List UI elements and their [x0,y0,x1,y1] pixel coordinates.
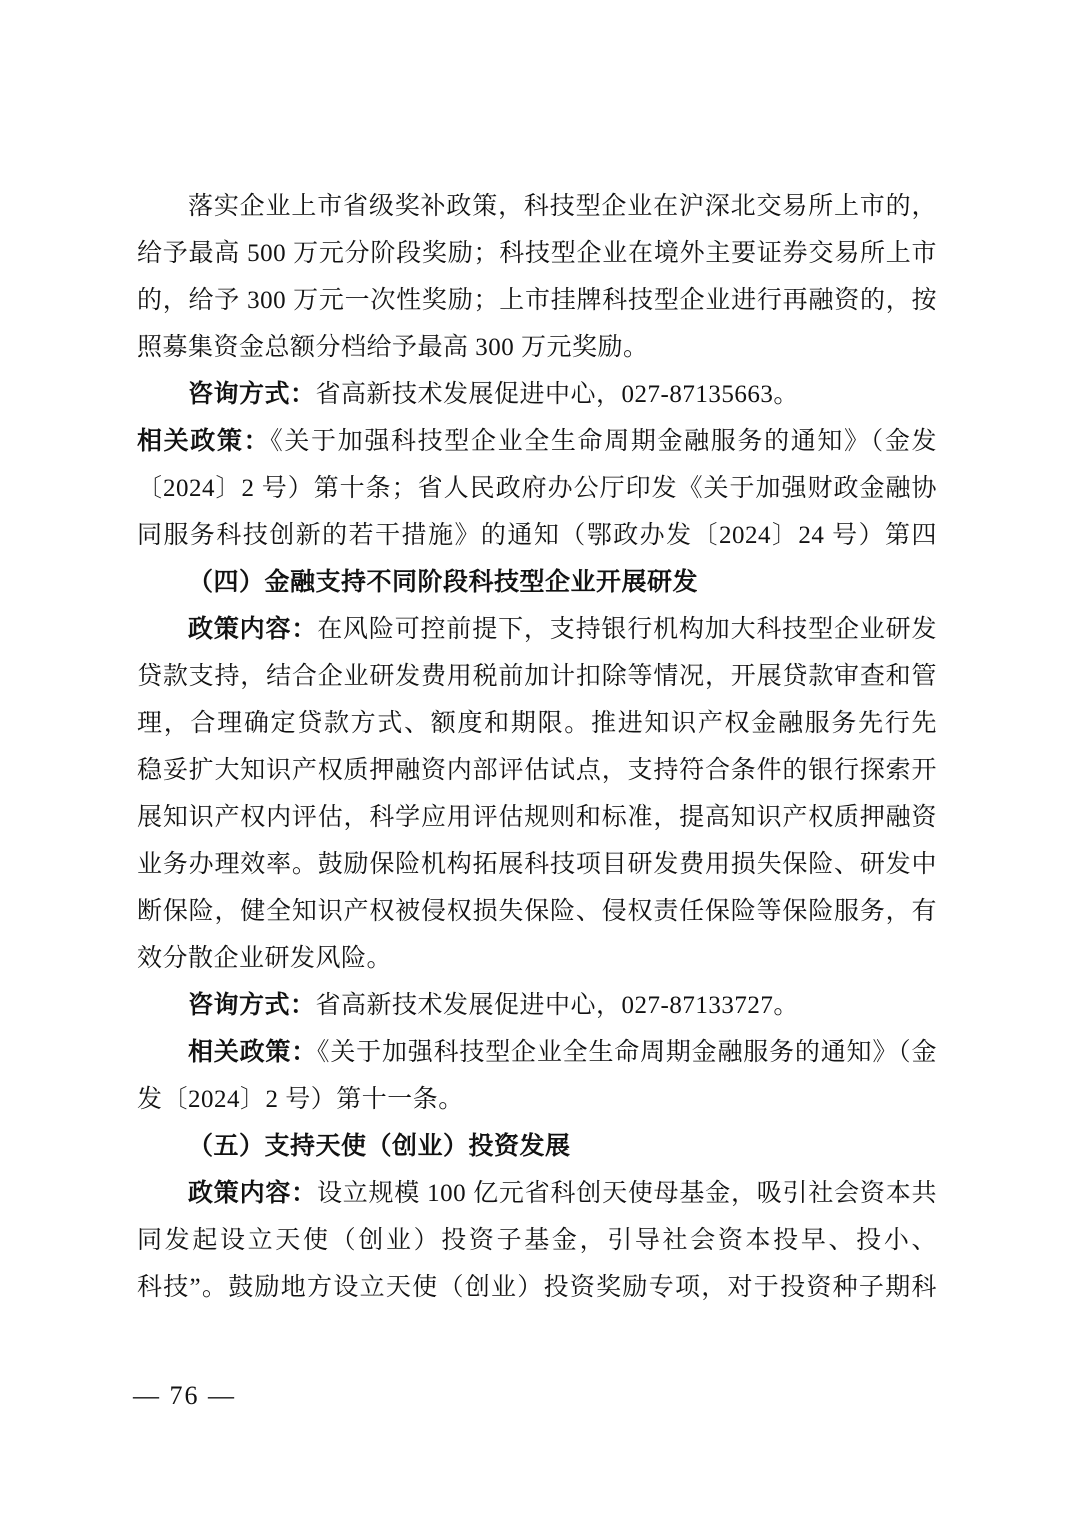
document-body: 落实企业上市省级奖补政策，科技型企业在沪深北交易所上市的，给予最高 500 万元… [137,183,937,1311]
text-line: 稳妥扩大知识产权质押融资内部评估试点，支持符合条件的银行探索开 [137,747,937,794]
text-line: 政策内容：设立规模 100 亿元省科创天使母基金，吸引社会资本共 [137,1170,937,1217]
text-line: 同服务科技创新的若干措施》的通知（鄂政办发〔2024〕24 号）第四条。 [137,512,937,559]
text-line: 断保险，健全知识产权被侵权损失保险、侵权责任保险等保险服务，有 [137,888,937,935]
text-run: 设立规模 100 亿元省科创天使母基金，吸引社会资本共 [317,1180,937,1207]
bold-label-run: （四）金融支持不同阶段科技型企业开展研发 [188,569,698,596]
text-line: 照募集资金总额分档给予最高 300 万元奖励。 [137,324,937,371]
text-run: 展知识产权内评估，科学应用评估规则和标准，提高知识产权质押融资 [137,804,937,831]
text-run: 贷款支持，结合企业研发费用税前加计扣除等情况，开展贷款审查和管 [137,663,937,690]
bold-label-run: （五）支持天使（创业）投资发展 [188,1133,571,1160]
text-run: 断保险，健全知识产权被侵权损失保险、侵权责任保险等保险服务，有 [137,898,937,925]
text-line: 科技”。鼓励地方设立天使（创业）投资奖励专项，对于投资种子期科 [137,1264,937,1311]
text-run: 省高新技术发展促进中心，027-87135663。 [316,381,799,408]
text-run: 科技”。鼓励地方设立天使（创业）投资奖励专项，对于投资种子期科 [137,1274,937,1301]
text-line: 展知识产权内评估，科学应用评估规则和标准，提高知识产权质押融资 [137,794,937,841]
section-heading: （四）金融支持不同阶段科技型企业开展研发 [137,559,937,606]
text-run: 在风险可控前提下，支持银行机构加大科技型企业研发 [317,616,937,643]
text-line: 理，合理确定贷款方式、额度和期限。推进知识产权金融服务先行先试， [137,700,937,747]
text-line: 咨询方式：省高新技术发展促进中心，027-87135663。 [137,371,937,418]
bold-label-run: 相关政策： [137,428,270,455]
page-number: — 76 — [133,1381,236,1410]
section-heading: （五）支持天使（创业）投资发展 [137,1123,937,1170]
text-run: 《关于加强科技型企业全生命周期金融服务的通知》（金发 [270,428,937,455]
text-line: 贷款支持，结合企业研发费用税前加计扣除等情况，开展贷款审查和管 [137,653,937,700]
text-line: 业务办理效率。鼓励保险机构拓展科技项目研发费用损失保险、研发中 [137,841,937,888]
text-run: 同服务科技创新的若干措施》的通知（鄂政办发〔2024〕24 号）第四条。 [137,522,937,559]
document-page: 落实企业上市省级奖补政策，科技型企业在沪深北交易所上市的，给予最高 500 万元… [0,0,1074,1520]
text-line: 〔2024〕2 号）第十条；省人民政府办公厅印发《关于加强财政金融协 [137,465,937,512]
page-footer: — 76 — [133,1381,236,1411]
text-run: 〔2024〕2 号）第十条；省人民政府办公厅印发《关于加强财政金融协 [137,475,937,502]
text-run: 稳妥扩大知识产权质押融资内部评估试点，支持符合条件的银行探索开 [137,757,937,784]
text-run: 给予最高 500 万元分阶段奖励；科技型企业在境外主要证券交易所上市 [137,240,937,267]
bold-label-run: 政策内容： [188,616,317,643]
bold-label-run: 政策内容： [188,1180,317,1207]
text-line: 发〔2024〕2 号）第十一条。 [137,1076,937,1123]
text-run: 照募集资金总额分档给予最高 300 万元奖励。 [137,334,649,361]
text-run: 理，合理确定贷款方式、额度和期限。推进知识产权金融服务先行先试， [137,710,937,747]
text-run: 的，给予 300 万元一次性奖励；上市挂牌科技型企业进行再融资的，按 [137,287,937,314]
bold-label-run: 咨询方式： [188,992,316,1019]
text-line: 给予最高 500 万元分阶段奖励；科技型企业在境外主要证券交易所上市 [137,230,937,277]
text-line: 相关政策：《关于加强科技型企业全生命周期金融服务的通知》（金 [137,1029,937,1076]
text-run: 落实企业上市省级奖补政策，科技型企业在沪深北交易所上市的， [188,193,937,220]
text-run: 业务办理效率。鼓励保险机构拓展科技项目研发费用损失保险、研发中 [137,851,937,878]
text-run: 发〔2024〕2 号）第十一条。 [137,1086,464,1113]
text-line: 咨询方式：省高新技术发展促进中心，027-87133727。 [137,982,937,1029]
text-line: 落实企业上市省级奖补政策，科技型企业在沪深北交易所上市的， [137,183,937,230]
text-line: 的，给予 300 万元一次性奖励；上市挂牌科技型企业进行再融资的，按 [137,277,937,324]
text-line: 相关政策：《关于加强科技型企业全生命周期金融服务的通知》（金发 [137,418,937,465]
bold-label-run: 咨询方式： [188,381,316,408]
text-run: 同发起设立天使（创业）投资子基金，引导社会资本投早、投小、投“硬 [137,1227,937,1264]
text-line: 效分散企业研发风险。 [137,935,937,982]
text-line: 政策内容：在风险可控前提下，支持银行机构加大科技型企业研发 [137,606,937,653]
text-run: 《关于加强科技型企业全生命周期金融服务的通知》（金 [317,1039,937,1066]
text-run: 效分散企业研发风险。 [137,945,392,972]
text-run: 省高新技术发展促进中心，027-87133727。 [316,992,799,1019]
bold-label-run: 相关政策： [188,1039,317,1066]
text-line: 同发起设立天使（创业）投资子基金，引导社会资本投早、投小、投“硬 [137,1217,937,1264]
